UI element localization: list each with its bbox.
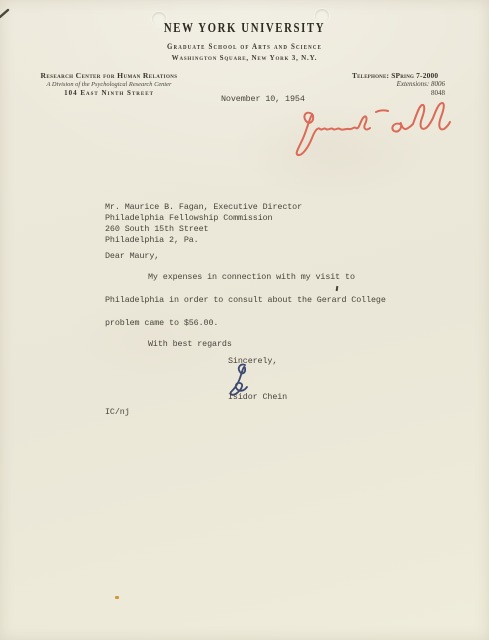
recipient-line: Philadelphia Fellowship Commission xyxy=(105,213,272,223)
signature-ink xyxy=(226,362,256,396)
letter-scan-page: NEW YORK UNIVERSITY Graduate School of A… xyxy=(0,0,489,640)
salutation: Dear Maury, xyxy=(105,251,159,261)
body-line: My expenses in connection with my visit … xyxy=(148,272,355,282)
regards-line: With best regards xyxy=(148,339,232,349)
body-line: Philadelphia in order to consult about t… xyxy=(105,295,386,305)
recipient-line: Philadelphia 2, Pa. xyxy=(105,235,199,245)
signer-name: Isidor Chein xyxy=(228,392,287,402)
recipient-line: Mr. Maurice B. Fagan, Executive Director xyxy=(105,202,302,212)
school-name: Graduate School of Arts and Science xyxy=(44,41,445,51)
recipient-line: 260 South 15th Street xyxy=(105,224,208,234)
department-block: Research Center for Human Relations A Di… xyxy=(6,71,212,97)
caret-correction-mark xyxy=(336,286,338,291)
university-address: Washington Square, New York 3, N.Y. xyxy=(0,54,489,62)
department-name: Research Center for Human Relations xyxy=(6,71,212,80)
telephone-line: Telephone: SPring 7-2000 xyxy=(352,71,468,80)
red-handwritten-annotation xyxy=(286,100,452,158)
body-line: problem came to $56.00. xyxy=(105,318,218,328)
extension-second-line: 8048 xyxy=(330,89,445,97)
department-street: 104 East Ninth Street xyxy=(6,89,212,97)
university-name: NEW YORK UNIVERSITY xyxy=(49,20,440,36)
department-division: A Division of the Psychological Research… xyxy=(6,81,212,88)
scan-corner-mark xyxy=(0,0,20,24)
extensions-line: Extensions: 8006 xyxy=(330,80,445,88)
paper-speck xyxy=(115,596,119,599)
typist-initials: IC/nj xyxy=(105,407,130,417)
